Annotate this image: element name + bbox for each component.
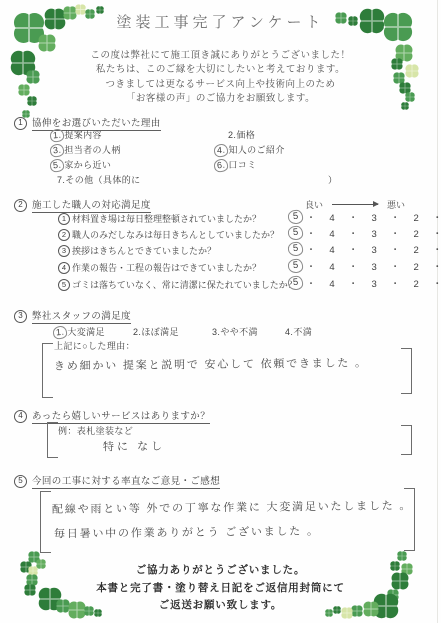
q3-option-1-number: 1. (52, 325, 67, 339)
q1-option-4: 4.知人のご紹介 (218, 143, 285, 157)
q2-row-1-number-icon: 1 (58, 213, 70, 225)
question-1-section: 1 協伸をお選びいただいた理由 1.提案内容 2.価格 3.担当者の人柄 4.知… (14, 115, 427, 197)
question-3-section: 3 弊社スタッフの満足度 1.大変満足 2.ほぼ満足 3.やや不満 4.不満 上… (14, 308, 427, 403)
q2-row-5-label: 5ゴミは落ちていなく、常に清潔に保たれていましたか？ (58, 278, 297, 291)
q2-row-4-ratings: 5 ・ 4 ・ 3 ・ 2 ・ 1 (288, 259, 441, 273)
intro-text: この度は弊社にて施工頂き誠にありがとうございました！ 私たちは、このご縁を大切に… (0, 49, 441, 106)
q2-row-2-number-icon: 2 (58, 229, 70, 241)
q3-option-3: 3.やや不満 (212, 325, 258, 338)
q2-row-2-label: 2職人のみだしなみは毎日きちんとしていましたか？ (58, 228, 279, 241)
q2-row-3-number-icon: 3 (58, 245, 70, 257)
q2-row-1-label: 1材料置き場は毎日整理整頓されていましたか？ (58, 212, 261, 225)
q1-option-4-number: 4. (213, 143, 228, 157)
section-number-icon: 4 (14, 410, 27, 423)
question-4-section: 4 あったら嬉しいサービスはありますか？ 例：表札塗装など 特に なし (14, 408, 427, 466)
q2-row-4-number-icon: 4 (58, 262, 70, 274)
q1-option-2: 2.価格 (228, 128, 255, 141)
q1-option-7-close-paren: ） (328, 173, 337, 186)
selected-rating: 5 (288, 209, 304, 224)
q4-handwritten-answer: 特に なし (103, 438, 165, 455)
scale-arrow-icon (332, 204, 378, 205)
selected-rating: 5 (288, 225, 304, 240)
left-bracket (42, 343, 53, 398)
q4-example-label: 例：表札塗装など (58, 424, 133, 437)
selected-rating: 5 (288, 275, 304, 290)
q3-reason-label: 上記に○した理由： (54, 339, 135, 352)
q1-option-5-number: 5. (49, 158, 64, 172)
section-number-icon: 2 (14, 199, 27, 212)
q2-row-3-label: 3挨拶はきちんとできていましたか？ (58, 244, 216, 257)
q2-row-4-label: 4作業の報告・工程の報告はできていましたか？ (58, 261, 261, 274)
q4-answer-box: 例：表札塗装など 特に なし (47, 422, 412, 458)
right-bracket (401, 425, 412, 455)
section-number-icon: 3 (14, 310, 27, 323)
selected-rating: 5 (288, 258, 304, 273)
section-number-icon: 5 (14, 475, 27, 488)
q1-option-1-number: 1. (49, 128, 64, 142)
footer-line: ご返送お願い致します。 (0, 597, 441, 615)
question-5-section: 5 今回の工事に対する率直なご意見・ご感想 配線や雨とい等 外での丁寧な作業に … (14, 473, 427, 558)
q5-handwritten-line-2: 毎日暑い中の作業ありがとう ございました 。 (54, 523, 320, 542)
q5-answer-box: 配線や雨とい等 外での丁寧な作業に 大変満足いたしました 。 毎日暑い中の作業あ… (40, 491, 415, 553)
survey-page: 塗装工事完了アンケート この度は弊社にて施工頂き誠にありがとうございました！ 私… (0, 0, 441, 623)
q2-row-2-ratings: 5 ・ 4 ・ 3 ・ 2 ・ 1 (288, 226, 441, 240)
footer-line: 本書と完了書・塗り替え日記をご返信用封筒にて (0, 580, 441, 598)
left-bracket (40, 491, 51, 553)
q3-option-2: 2.ほぼ満足 (133, 325, 179, 338)
intro-line: つきましては更なるサービス向上や技術向上のため (0, 78, 441, 92)
q1-option-6: 6.口コミ (218, 158, 257, 172)
q2-row-1-ratings: 5 ・ 4 ・ 3 ・ 2 ・ 1 (288, 210, 441, 224)
q2-row-3-ratings: 5 ・ 4 ・ 3 ・ 2 ・ 1 (288, 242, 441, 256)
q2-row-5-number-icon: 5 (58, 279, 70, 291)
intro-line: 私たちは、このご縁を大切にしたいと考えております。 (0, 63, 441, 77)
question-3-heading: 3 弊社スタッフの満足度 (14, 308, 427, 324)
section-number-icon: 1 (14, 117, 27, 130)
q3-option-4: 4.不満 (285, 325, 312, 338)
q2-row-5-ratings: 5 ・ 4 ・ 3 ・ 2 ・ 1 (288, 276, 441, 290)
q3-handwritten-answer: きめ細かい 提案と説明で 安心して 依頼できました 。 (54, 354, 368, 373)
page-title: 塗装工事完了アンケート (0, 11, 441, 32)
question-5-heading: 5 今回の工事に対する率直なご意見・ご感想 (14, 473, 427, 489)
selected-rating: 5 (288, 241, 304, 256)
q1-option-3-number: 3. (49, 143, 64, 157)
right-bracket (401, 348, 412, 394)
footer-line: ご協力ありがとうございました。 (0, 562, 441, 580)
question-2-section: 2 施工した職人の対応満足度 良い 悪い 1材料置き場は毎日整理整頓されていまし… (14, 197, 427, 297)
q1-option-5: 5.家から近い (54, 158, 111, 172)
q1-option-3: 3.担当者の人柄 (54, 143, 121, 157)
q1-option-7: 7.その他（具体的に (57, 173, 141, 186)
q1-option-1: 1.提案内容 (54, 128, 102, 142)
intro-line: 「お客様の声」のご協力をお願致します。 (0, 92, 441, 106)
footer-text: ご協力ありがとうございました。 本書と完了書・塗り替え日記をご返信用封筒にて ご… (0, 562, 441, 615)
intro-line: この度は弊社にて施工頂き誠にありがとうございました！ (0, 49, 441, 63)
q3-reason-box: 上記に○した理由： きめ細かい 提案と説明で 安心して 依頼できました 。 (42, 343, 412, 398)
q3-option-1: 1.大変満足 (57, 325, 105, 339)
q1-option-6-number: 6. (213, 158, 228, 172)
q5-handwritten-line-1: 配線や雨とい等 外での丁寧な作業に 大変満足いたしました 。 (52, 497, 412, 517)
left-bracket (47, 422, 58, 458)
